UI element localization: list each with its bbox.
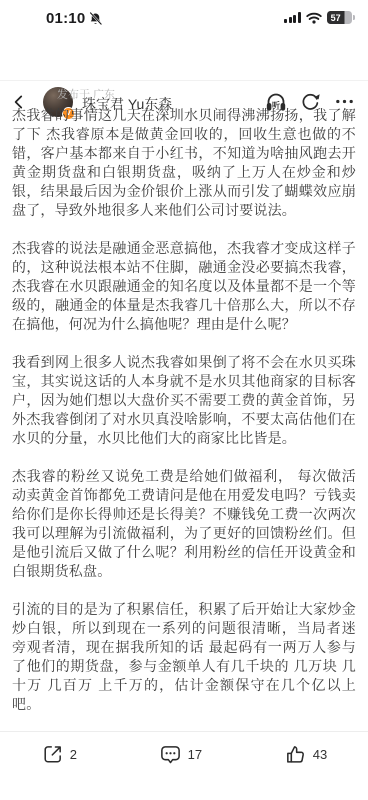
forward-icon <box>41 743 64 766</box>
battery-nub <box>353 15 355 20</box>
action-bar: 2 17 43 <box>0 731 368 800</box>
forward-button[interactable]: 2 <box>41 743 77 766</box>
comment-icon <box>159 743 182 766</box>
like-count: 43 <box>313 747 327 762</box>
post-paragraph: 我看到网上很多人说杰我睿如果倒了将不会在水贝买珠宝，其实说这话的人本身就不是水贝… <box>12 353 356 448</box>
posted-location: 发布于 广东 <box>57 86 115 102</box>
signal-bars-icon <box>284 12 301 23</box>
post-paragraph: 引流的目的是为了积累信任，积累了后开始让大家炒金 炒白银，所以到现在一系列的问题… <box>12 600 356 714</box>
battery-icon: 57 <box>327 11 352 24</box>
nav-bar: V 珠宝君 Yu东森 听 <box>0 40 368 80</box>
post-body: 杰我睿的事情这几天在深圳水贝闹得沸沸扬扬，我了解了下 杰我睿原本是做黄金回收的，… <box>12 106 356 733</box>
wifi-icon <box>306 12 322 24</box>
comment-count: 17 <box>188 747 202 762</box>
forward-count: 2 <box>70 747 77 762</box>
post-paragraph: 杰我睿的说法是融通金恶意搞他，杰我睿才变成这样子的，这种说法根本站不住脚，融通金… <box>12 239 356 334</box>
status-bar: 01:10 57 <box>0 0 368 36</box>
post-paragraph: 杰我睿的事情这几天在深圳水贝闹得沸沸扬扬，我了解了下 杰我睿原本是做黄金回收的，… <box>12 106 356 220</box>
clock: 01:10 <box>46 10 85 27</box>
like-button[interactable]: 43 <box>284 743 327 766</box>
bell-slash-icon <box>88 11 103 26</box>
nav-divider <box>0 80 368 81</box>
comment-button[interactable]: 17 <box>159 743 202 766</box>
post-paragraph: 杰我睿的粉丝又说免工费是给她们做福利， 每次做活动卖黄金首饰都免工费请问是他在用… <box>12 467 356 581</box>
battery-percent: 57 <box>327 11 345 24</box>
thumbs-up-icon <box>284 743 307 766</box>
